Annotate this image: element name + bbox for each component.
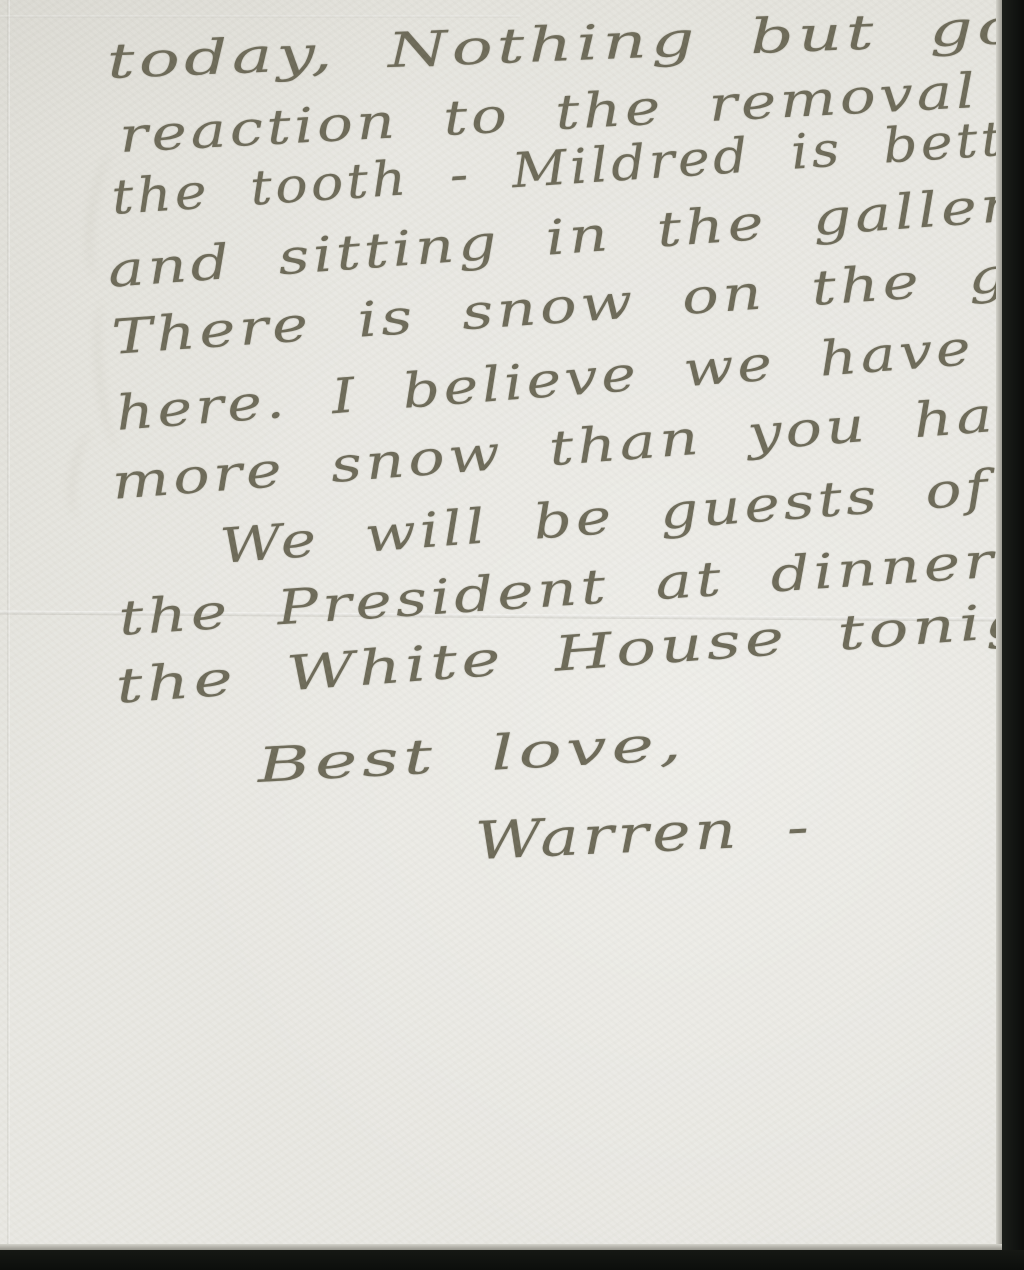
scan-background-bottom-band [0,1250,1024,1270]
paper-edge-line [7,0,10,1252]
closing-line: Best love, [256,716,687,794]
signature-line: Warren - [474,797,814,872]
letter-paper: today, Nothing but good reaction to the … [0,0,1002,1252]
ink-show-through [62,427,114,522]
scanned-letter: today, Nothing but good reaction to the … [0,0,1024,1270]
fold-crease-faint [0,15,520,18]
scan-background-right-band [1002,0,1024,1270]
